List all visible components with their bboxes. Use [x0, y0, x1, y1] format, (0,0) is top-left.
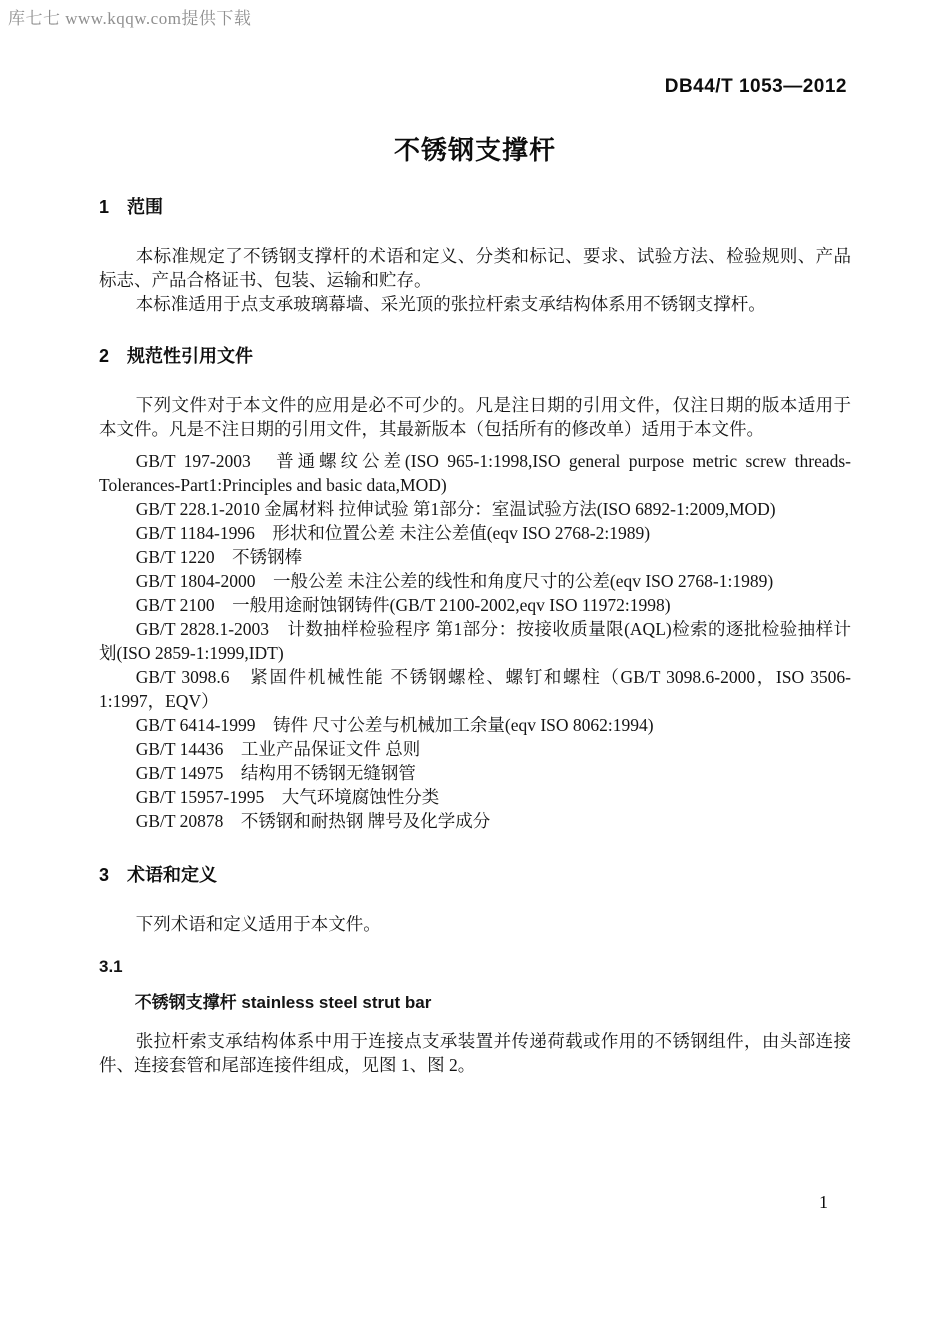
reference-item: GB/T 6414-1999 铸件 尺寸公差与机械加工余量(eqv ISO 80… — [99, 713, 851, 737]
section-1-paragraph: 本标准适用于点支承玻璃幕墙、采光顶的张拉杆索支承结构体系用不锈钢支撑杆。 — [99, 292, 851, 316]
term-name: 不锈钢支撑杆 stainless steel strut bar — [99, 991, 851, 1015]
reference-item: GB/T 14975 结构用不锈钢无缝钢管 — [99, 761, 851, 785]
page-number: 1 — [819, 1192, 828, 1213]
reference-item: GB/T 3098.6 紧固件机械性能 不锈钢螺栓、螺钉和螺柱（GB/T 309… — [99, 665, 851, 713]
term-number: 3.1 — [99, 956, 851, 977]
section-3-paragraph: 下列术语和定义适用于本文件。 — [99, 912, 851, 936]
reference-item: GB/T 1804-2000 一般公差 未注公差的线性和角度尺寸的公差(eqv … — [99, 569, 851, 593]
reference-item: GB/T 15957-1995 大气环境腐蚀性分类 — [99, 785, 851, 809]
reference-item: GB/T 197-2003 普通螺纹公差(ISO 965-1:1998,ISO … — [99, 449, 851, 497]
reference-item: GB/T 14436 工业产品保证文件 总则 — [99, 737, 851, 761]
section-1-heading: 1 范围 — [99, 197, 851, 218]
document-title: 不锈钢支撑杆 — [0, 130, 950, 167]
section-3-heading: 3 术语和定义 — [99, 865, 851, 886]
reference-item: GB/T 228.1-2010 金属材料 拉伸试验 第1部分：室温试验方法(IS… — [99, 497, 851, 521]
section-1-paragraph: 本标准规定了不锈钢支撑杆的术语和定义、分类和标记、要求、试验方法、检验规则、产品… — [99, 244, 851, 292]
section-2-paragraph: 下列文件对于本文件的应用是必不可少的。凡是注日期的引用文件，仅注日期的版本适用于… — [99, 393, 851, 441]
document-page: 库七七 www.kqqw.com提供下载 DB44/T 1053—2012 不锈… — [0, 0, 950, 1336]
reference-item: GB/T 1220 不锈钢棒 — [99, 545, 851, 569]
term-definition: 张拉杆索支承结构体系中用于连接点支承装置并传递荷载或作用的不锈钢组件，由头部连接… — [99, 1029, 851, 1077]
reference-item: GB/T 1184-1996 形状和位置公差 未注公差值(eqv ISO 276… — [99, 521, 851, 545]
reference-item: GB/T 2100 一般用途耐蚀钢铸件(GB/T 2100-2002,eqv I… — [99, 593, 851, 617]
document-body: 1 范围 本标准规定了不锈钢支撑杆的术语和定义、分类和标记、要求、试验方法、检验… — [99, 197, 851, 1077]
reference-item: GB/T 20878 不锈钢和耐热钢 牌号及化学成分 — [99, 809, 851, 833]
reference-item: GB/T 2828.1-2003 计数抽样检验程序 第1部分：按接收质量限(AQ… — [99, 617, 851, 665]
section-2-heading: 2 规范性引用文件 — [99, 346, 851, 367]
normative-references-list: GB/T 197-2003 普通螺纹公差(ISO 965-1:1998,ISO … — [99, 449, 851, 833]
watermark-text: 库七七 www.kqqw.com提供下载 — [8, 4, 251, 29]
standard-code: DB44/T 1053—2012 — [665, 76, 847, 98]
